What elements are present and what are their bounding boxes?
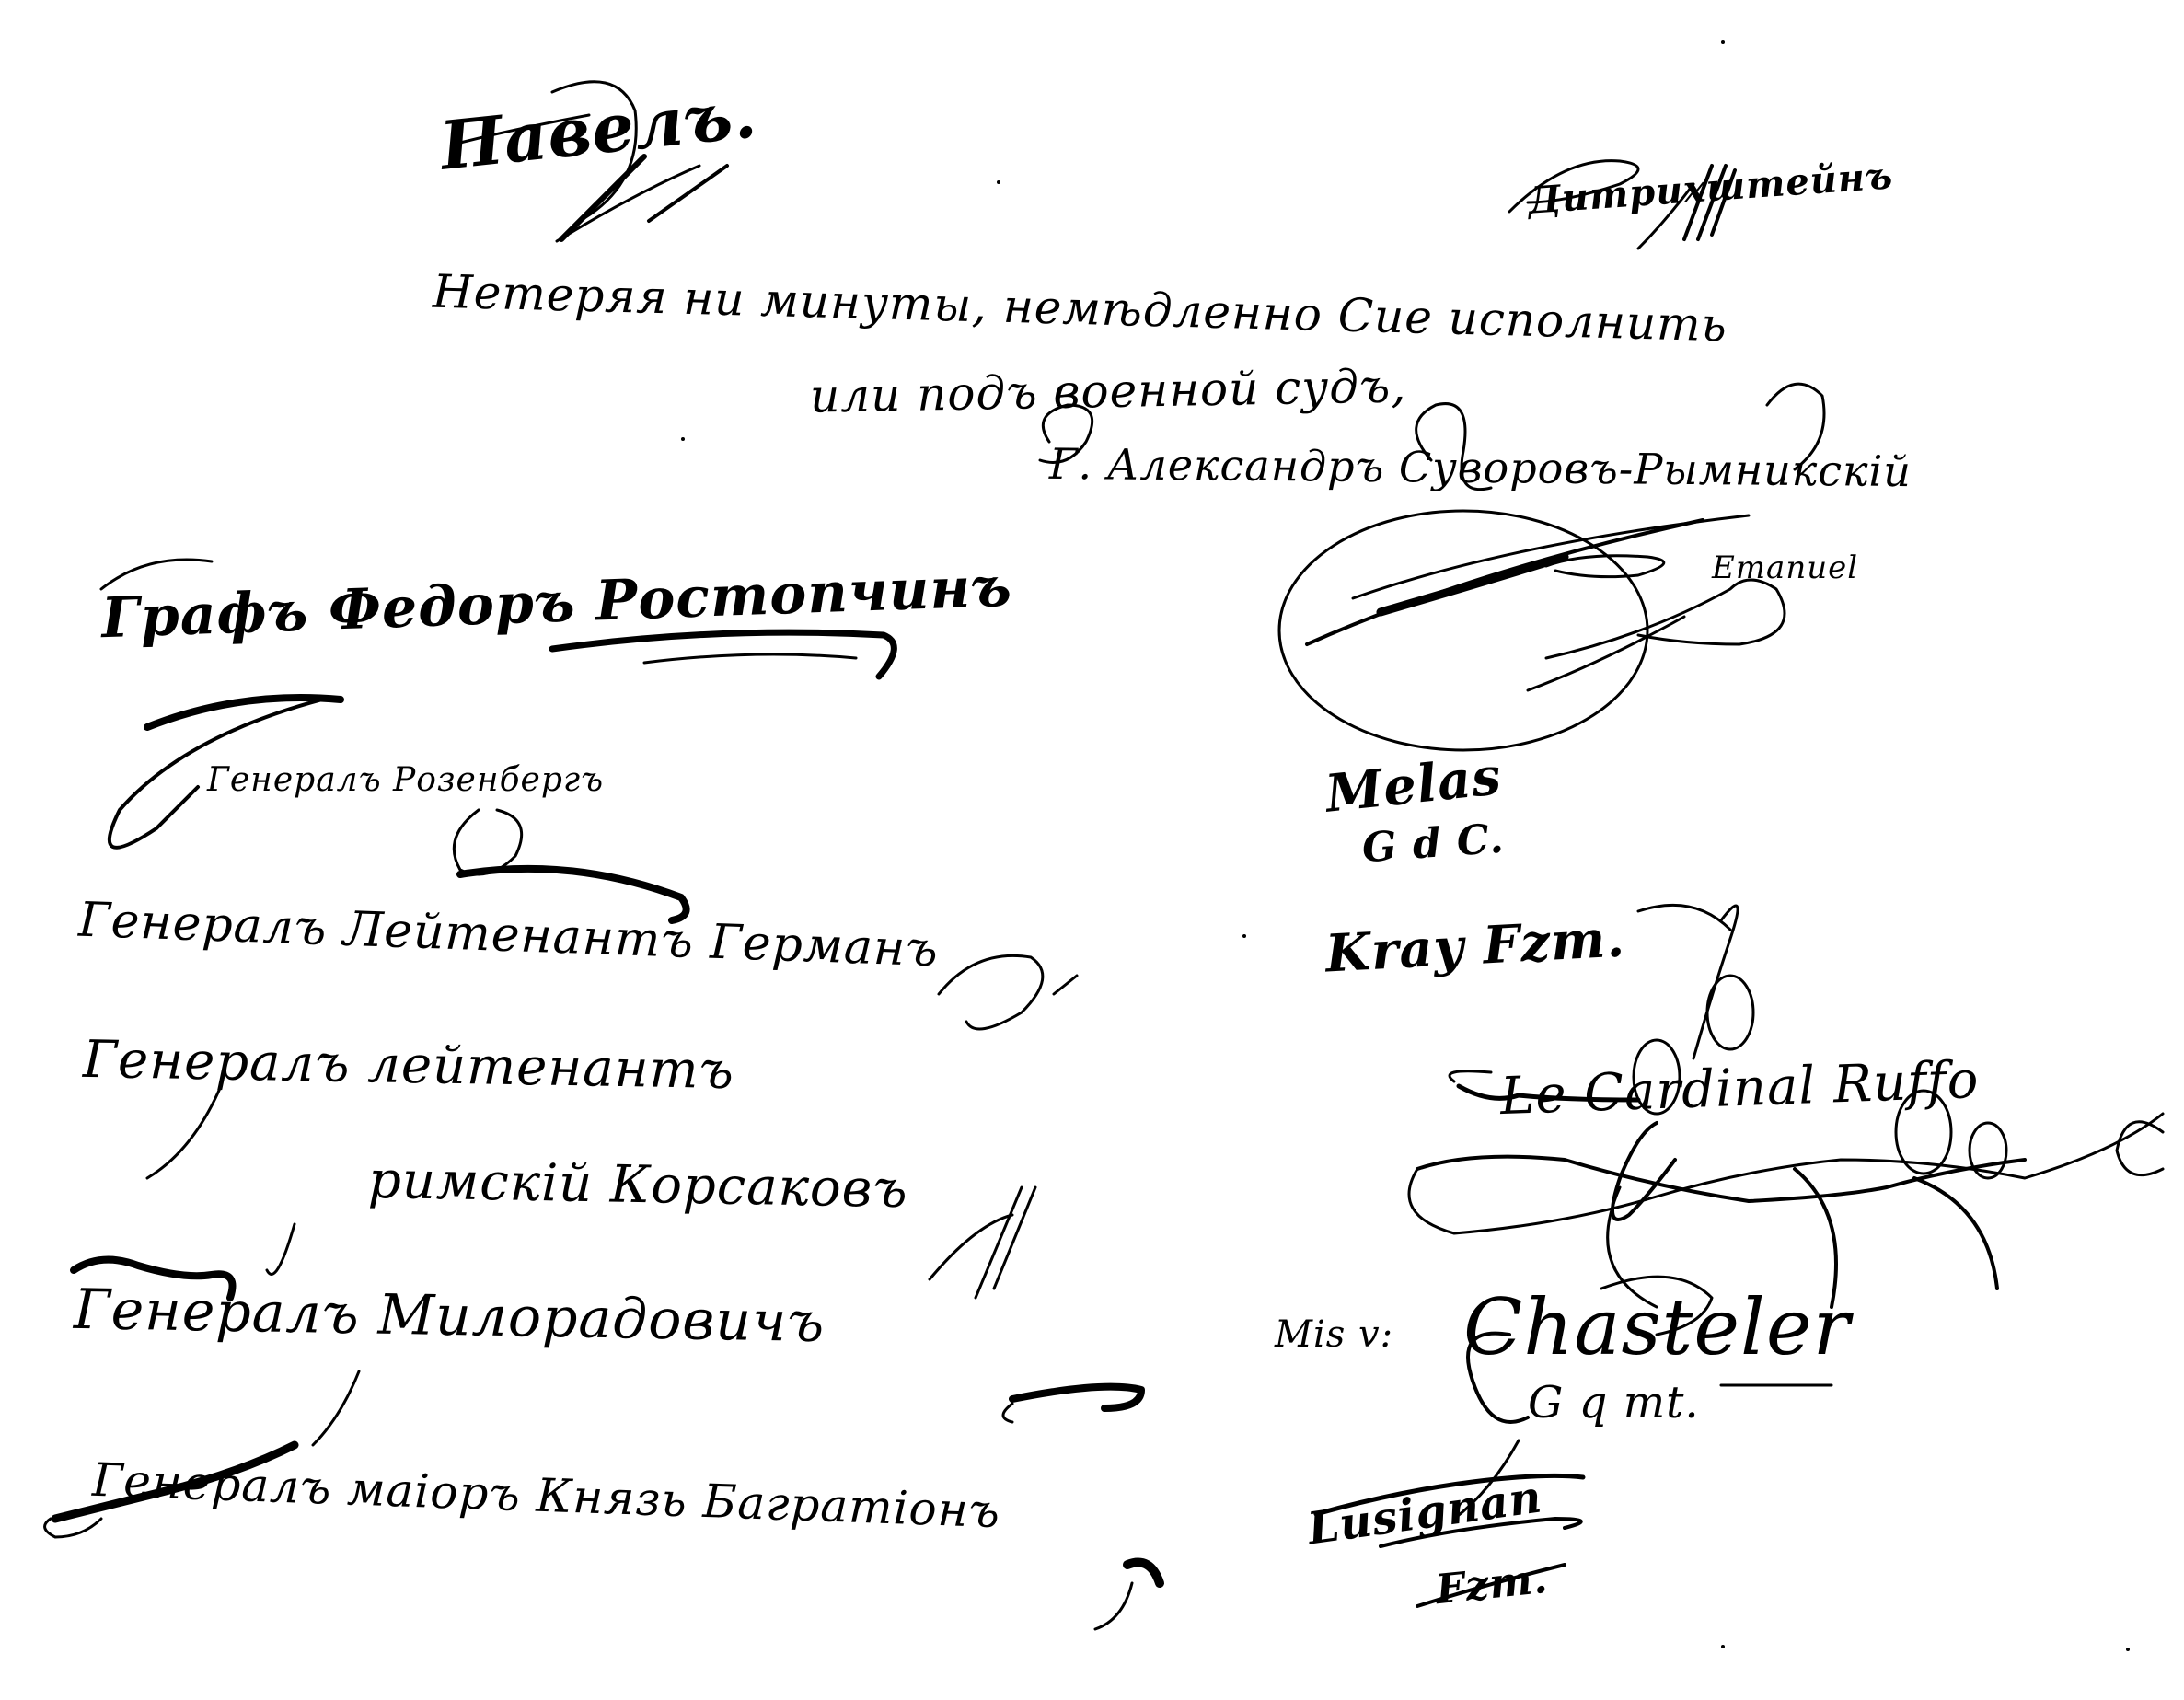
scan-speck: [2126, 1648, 2130, 1651]
signature-pavel: Павелъ.: [437, 80, 760, 179]
signature-bagration: Генералъ маiоръ Князь Багратiонъ: [91, 1457, 1000, 1534]
scan-speck: [1721, 1645, 1725, 1648]
scan-speck: [1721, 40, 1725, 44]
signature-suvorov: Г. Александръ Суворовъ-Рымникскiй: [1049, 443, 1912, 492]
scan-speck: [1242, 934, 1246, 938]
signature-dietrichstein: Дитрихштейнъ: [1527, 157, 1894, 220]
signature-rosenberg: Генералъ Розенбергъ: [207, 764, 604, 797]
signature-chasteler: Chasteler: [1463, 1289, 1851, 1366]
signature-herman: Генералъ Лейтенантъ Германъ: [77, 896, 939, 975]
scan-speck: [681, 437, 685, 441]
signature-emanuel: Emanuel: [1712, 552, 1858, 584]
signature-lusignan: Lusignan: [1305, 1474, 1545, 1551]
signature-chasteler-rank: G q mt.: [1528, 1381, 1700, 1425]
scan-speck: [997, 180, 1000, 184]
order-text-line-1: Нетеряя ни минуты, немѣдленно Сие исполн…: [433, 269, 1728, 349]
signature-miloradovich: Генералъ Милорадовичъ: [74, 1282, 826, 1350]
signature-cardinal-ruffo: Le Cardinal Ruffo: [1499, 1055, 1980, 1123]
signature-rostopchin: Графъ Федоръ Ростопчинъ: [100, 560, 1012, 647]
signature-korsakov-line-2: римскiй Корсаковъ: [368, 1155, 909, 1216]
order-text-line-2: или подъ военной судъ,: [810, 363, 1407, 419]
pen-flourishes: [0, 0, 2184, 1700]
signature-korsakov-line-1: Генералъ лейтенантъ: [83, 1035, 735, 1097]
signature-facsimile-page: Павелъ. Дитрихштейнъ Нетеряя ни минуты, …: [0, 0, 2184, 1700]
signature-lusignan-rank: Fzm.: [1434, 1559, 1550, 1612]
signature-chasteler-prefix: Mis v:: [1275, 1316, 1393, 1353]
signature-kray: Kray Fzm.: [1324, 913, 1626, 980]
signature-melas: Melas: [1323, 750, 1505, 820]
signature-melas-rank: G d C.: [1361, 819, 1506, 870]
